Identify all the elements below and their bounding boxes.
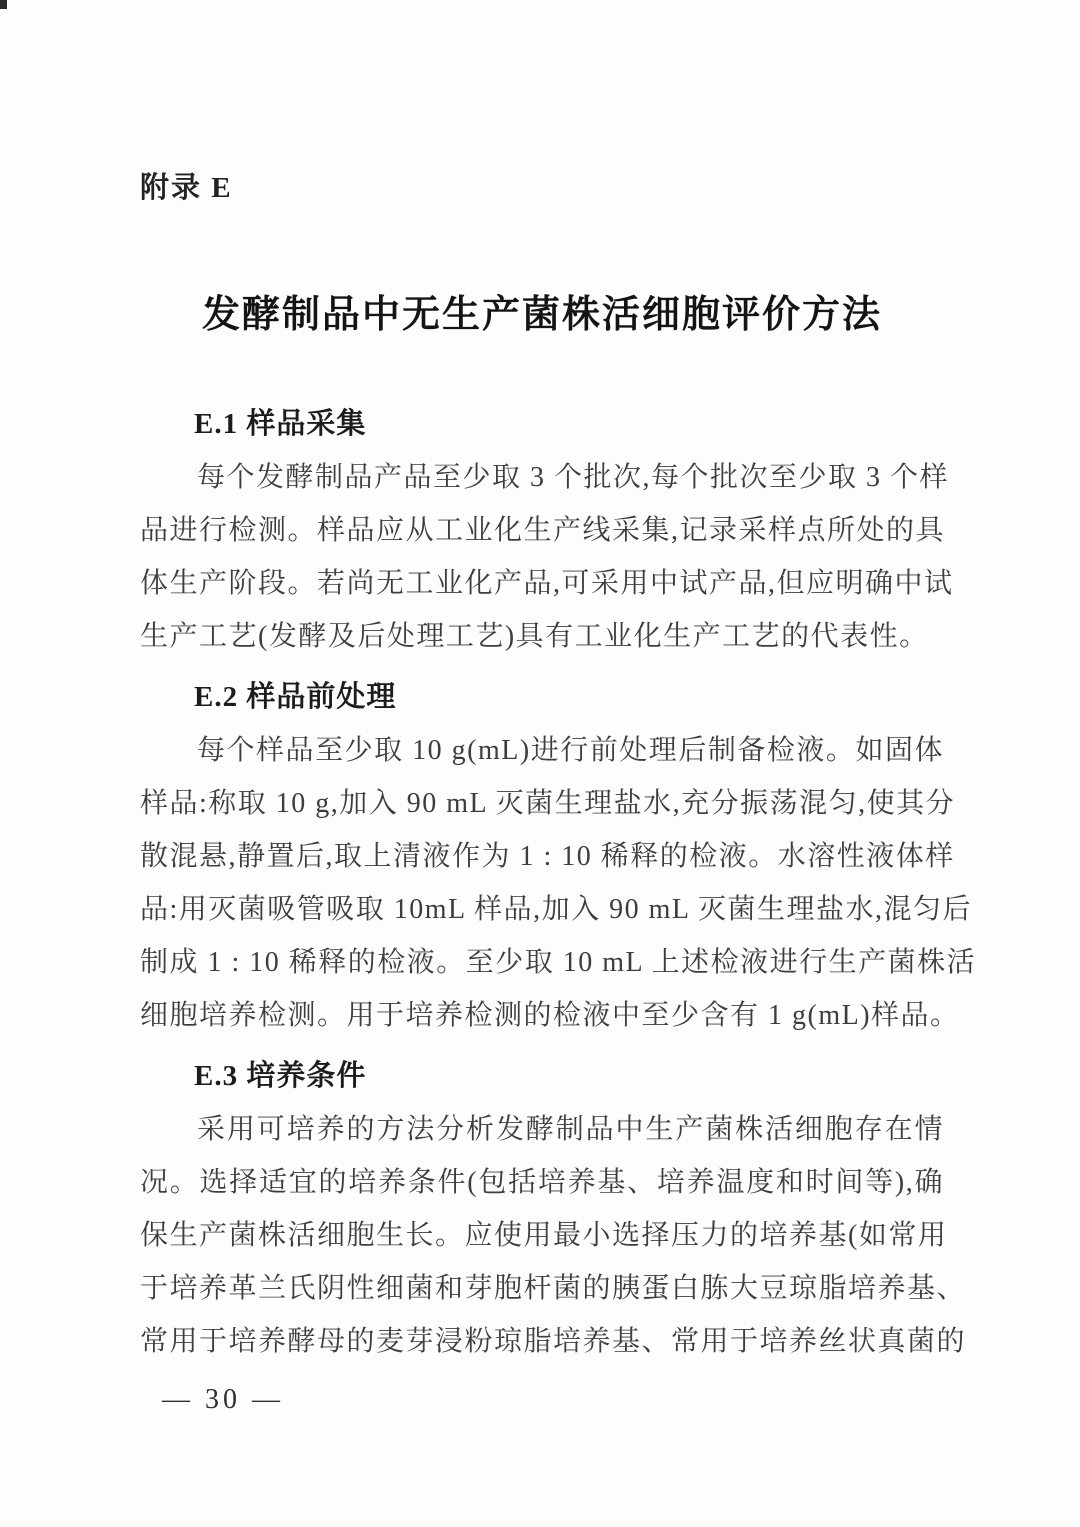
text-line: 制成 1 : 10 稀释的检液。至少取 10 mL 上述检液进行生产菌株活 bbox=[140, 936, 944, 989]
paragraph: 采用可培养的方法分析发酵制品中生产菌株活细胞存在情况。选择适宜的培养条件(包括培… bbox=[140, 1103, 944, 1368]
paragraph: 每个样品至少取 10 g(mL)进行前处理后制备检液。如固体样品:称取 10 g… bbox=[140, 724, 944, 1042]
text-line: 每个发酵制品产品至少取 3 个批次,每个批次至少取 3 个样 bbox=[140, 451, 944, 504]
document-section: E.2 样品前处理每个样品至少取 10 g(mL)进行前处理后制备检液。如固体样… bbox=[140, 671, 944, 1042]
text-line: 体生产阶段。若尚无工业化产品,可采用中试产品,但应明确中试 bbox=[140, 557, 944, 610]
text-line: 每个样品至少取 10 g(mL)进行前处理后制备检液。如固体 bbox=[140, 724, 944, 777]
text-line: 品进行检测。样品应从工业化生产线采集,记录采样点所处的具 bbox=[140, 504, 944, 557]
text-line: 采用可培养的方法分析发酵制品中生产菌株活细胞存在情 bbox=[140, 1103, 944, 1156]
text-line: 保生产菌株活细胞生长。应使用最小选择压力的培养基(如常用 bbox=[140, 1209, 944, 1262]
section-heading: E.3 培养条件 bbox=[140, 1050, 944, 1103]
document-section: E.3 培养条件采用可培养的方法分析发酵制品中生产菌株活细胞存在情况。选择适宜的… bbox=[140, 1050, 944, 1368]
text-line: 散混悬,静置后,取上清液作为 1 : 10 稀释的检液。水溶性液体样 bbox=[140, 830, 944, 883]
scan-artifact-corner bbox=[0, 0, 7, 9]
page-footer: — 30 — bbox=[140, 1380, 944, 1420]
text-line: 品:用灭菌吸管吸取 10mL 样品,加入 90 mL 灭菌生理盐水,混匀后 bbox=[140, 883, 944, 936]
text-line: 细胞培养检测。用于培养检测的检液中至少含有 1 g(mL)样品。 bbox=[140, 989, 944, 1042]
document-page: 附录 E 发酵制品中无生产菌株活细胞评价方法 E.1 样品采集每个发酵制品产品至… bbox=[0, 0, 1080, 1527]
page-title: 发酵制品中无生产菌株活细胞评价方法 bbox=[140, 292, 944, 338]
text-line: 生产工艺(发酵及后处理工艺)具有工业化生产工艺的代表性。 bbox=[140, 610, 944, 663]
document-section: E.1 样品采集每个发酵制品产品至少取 3 个批次,每个批次至少取 3 个样品进… bbox=[140, 398, 944, 663]
text-line: 况。选择适宜的培养条件(包括培养基、培养温度和时间等),确 bbox=[140, 1156, 944, 1209]
text-line: 于培养革兰氏阴性细菌和芽胞杆菌的胰蛋白胨大豆琼脂培养基、 bbox=[140, 1262, 944, 1315]
document-body: E.1 样品采集每个发酵制品产品至少取 3 个批次,每个批次至少取 3 个样品进… bbox=[140, 398, 944, 1368]
paragraph: 每个发酵制品产品至少取 3 个批次,每个批次至少取 3 个样品进行检测。样品应从… bbox=[140, 451, 944, 663]
text-line: 常用于培养酵母的麦芽浸粉琼脂培养基、常用于培养丝状真菌的 bbox=[140, 1315, 944, 1368]
page-number: — 30 — bbox=[162, 1384, 284, 1415]
appendix-label: 附录 E bbox=[140, 168, 944, 208]
section-heading: E.1 样品采集 bbox=[140, 398, 944, 451]
section-heading: E.2 样品前处理 bbox=[140, 671, 944, 724]
text-line: 样品:称取 10 g,加入 90 mL 灭菌生理盐水,充分振荡混匀,使其分 bbox=[140, 777, 944, 830]
